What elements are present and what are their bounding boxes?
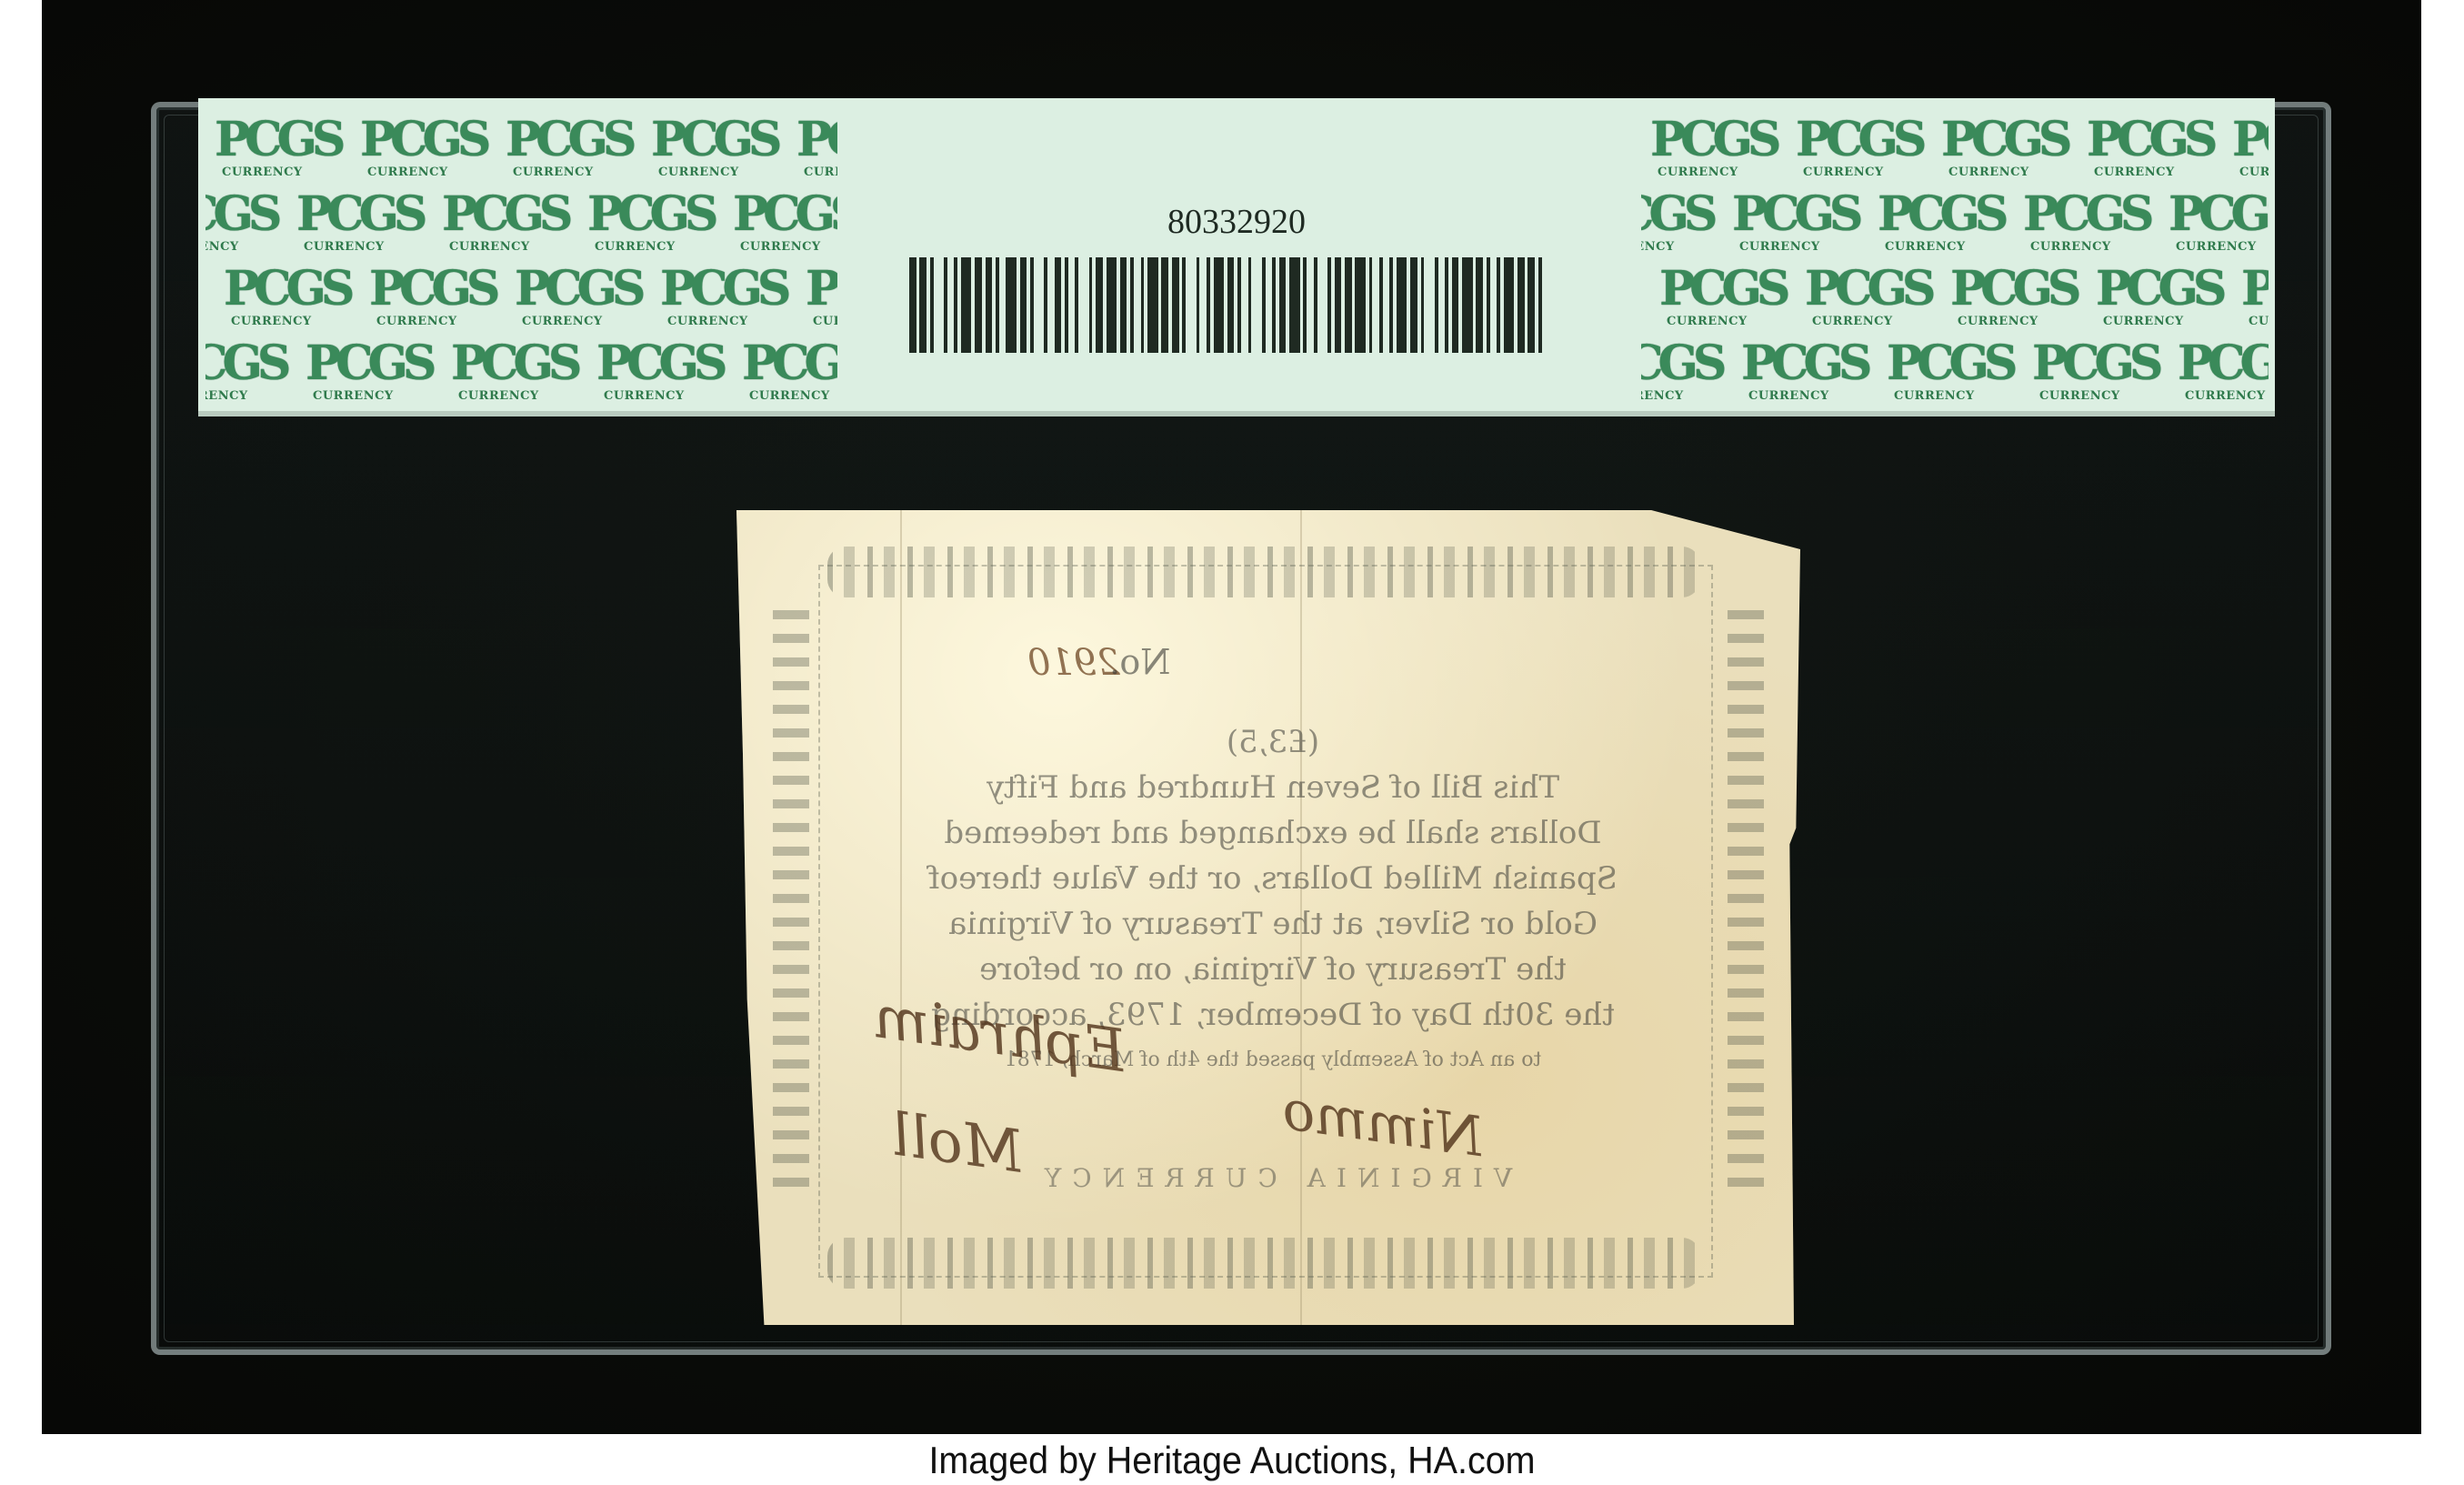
pcgs-logo-row: PCGSCURRENCYPCGSCURRENCYPCGSCURRENCYPCGS… <box>1659 266 2269 329</box>
barcode-bar <box>934 257 944 353</box>
note-bottom-ribbon: VIRGINIA CURRENCY <box>882 1163 1664 1193</box>
pcgs-logo-row: PCGSCURRENCYPCGSCURRENCYPCGSCURRENCYPCGS… <box>1641 340 2269 404</box>
pcgs-logo-row: PCGSCURRENCYPCGSCURRENCYPCGSCURRENCYPCGS… <box>1650 116 2269 180</box>
barcode-bar <box>1527 257 1535 353</box>
barcode-bar <box>1034 257 1044 353</box>
barcode-bar <box>1266 257 1273 353</box>
barcode-bar <box>1490 257 1497 353</box>
barcode-bar <box>961 257 971 353</box>
barcode-bar <box>909 257 916 353</box>
barcode-bar <box>1020 257 1027 353</box>
barcode-bar <box>1504 257 1514 353</box>
pcgs-label: PCGSCURRENCYPCGSCURRENCYPCGSCURRENCYPCGS… <box>198 98 2275 416</box>
pcgs-logo-icon: PCGSCURRENCY <box>660 266 767 327</box>
barcode-bar <box>1120 257 1127 353</box>
pcgs-logo-icon: PCGSCURRENCY <box>2178 340 2269 402</box>
pcgs-logo-icon: PCGSCURRENCY <box>2241 266 2269 327</box>
pcgs-logo-icon: PCGSCURRENCY <box>360 116 467 178</box>
barcode-bar <box>986 257 993 353</box>
pcgs-logo-icon: PCGSCURRENCY <box>796 116 837 178</box>
barcode-bar <box>1307 257 1314 353</box>
barcode-bar <box>1078 257 1088 353</box>
pcgs-logo-icon: PCGSCURRENCY <box>224 266 331 327</box>
barcode-bar <box>1438 257 1446 353</box>
pcgs-logo-icon: PCGSCURRENCY <box>1650 116 1758 178</box>
barcode-bar <box>1452 257 1459 353</box>
note-text-line: the Treasury of Virginia, on or before <box>882 947 1664 992</box>
pcgs-logo-icon: PCGSCURRENCY <box>1950 266 2058 327</box>
pcgs-logo-icon: PCGSCURRENCY <box>2232 116 2269 178</box>
note-text-line: This Bill of Seven Hundred and Fifty <box>882 765 1664 810</box>
barcode-bar <box>1214 257 1224 353</box>
image-credit-caption: Imaged by Heritage Auctions, HA.com <box>74 1435 2389 1485</box>
pcgs-logo-icon: PCGSCURRENCY <box>1796 116 1903 178</box>
barcode-bar <box>1410 257 1417 353</box>
barcode-bar <box>1147 257 1157 353</box>
barcode-bar <box>1186 257 1196 353</box>
barcode-bar <box>1383 257 1390 353</box>
pcgs-logo-icon: PCGSCURRENCY <box>205 340 267 402</box>
barcode <box>909 257 1553 353</box>
pcgs-logo-icon: PCGSCURRENCY <box>506 116 613 178</box>
pcgs-logo-icon: PCGSCURRENCY <box>2023 191 2130 253</box>
barcode-bar <box>1134 257 1141 353</box>
pcgs-logo-pattern-right: PCGSCURRENCYPCGSCURRENCYPCGSCURRENCYPCGS… <box>1641 109 2269 406</box>
barcode-bar <box>1372 257 1379 353</box>
pcgs-logo-icon: PCGSCURRENCY <box>1887 340 1994 402</box>
barcode-bar <box>1068 257 1076 353</box>
pcgs-logo-icon: PCGSCURRENCY <box>515 266 622 327</box>
pcgs-logo-pattern-left: PCGSCURRENCYPCGSCURRENCYPCGSCURRENCYPCGS… <box>205 109 837 406</box>
note-text-line: Spanish Milled Dollars, or the Value the… <box>882 856 1664 901</box>
pcgs-logo-icon: PCGSCURRENCY <box>215 116 322 178</box>
barcode-bar <box>1317 257 1327 353</box>
pcgs-logo-row: PCGSCURRENCYPCGSCURRENCYPCGSCURRENCYPCGS… <box>224 266 837 329</box>
barcode-bar <box>1517 257 1525 353</box>
pcgs-logo-icon: PCGSCURRENCY <box>1805 266 1912 327</box>
pcgs-logo-icon: PCGSCURRENCY <box>1732 191 1839 253</box>
note-text-line: Dollars shall be exchanged and redeemed <box>882 810 1664 856</box>
barcode-bar <box>1107 257 1117 353</box>
barcode-bar <box>1227 257 1235 353</box>
pcgs-logo-icon: PCGSCURRENCY <box>1941 116 2048 178</box>
pcgs-logo-icon: PCGSCURRENCY <box>451 340 558 402</box>
pcgs-logo-icon: PCGSCURRENCY <box>2032 340 2139 402</box>
pcgs-logo-icon: PCGSCURRENCY <box>1641 191 1694 253</box>
barcode-bar <box>1476 257 1483 353</box>
pcgs-logo-icon: PCGSCURRENCY <box>1641 340 1703 402</box>
barcode-bar <box>1335 257 1342 353</box>
barcode-bar <box>1161 257 1168 353</box>
pcgs-logo-row: PCGSCURRENCYPCGSCURRENCYPCGSCURRENCYPCGS… <box>215 116 837 180</box>
pcgs-logo-icon: PCGSCURRENCY <box>596 340 704 402</box>
note-denomination-mark: (£3,5) <box>882 719 1664 765</box>
pcgs-logo-icon: PCGSCURRENCY <box>1659 266 1767 327</box>
note-ornament-border-left <box>773 610 809 1192</box>
pcgs-logo-icon: PCGSCURRENCY <box>2169 191 2269 253</box>
pcgs-logo-icon: PCGSCURRENCY <box>1741 340 1848 402</box>
barcode-bar <box>1279 257 1287 353</box>
barcode-bar <box>1355 257 1365 353</box>
barcode-bar <box>1055 257 1062 353</box>
barcode-bar <box>1289 257 1299 353</box>
barcode-bar <box>1251 257 1261 353</box>
note-number-prefix: No. <box>1109 642 1171 682</box>
pcgs-logo-icon: PCGSCURRENCY <box>2096 266 2203 327</box>
note-handwritten-number: 2910 <box>1027 642 1120 684</box>
barcode-bar <box>919 257 927 353</box>
note-text-line: Gold or Silver, at the Treasury of Virgi… <box>882 901 1664 947</box>
barcode-bar <box>1397 257 1407 353</box>
pcgs-logo-icon: PCGSCURRENCY <box>742 340 837 402</box>
barcode-bar <box>975 257 982 353</box>
pcgs-logo-icon: PCGSCURRENCY <box>651 116 758 178</box>
barcode-bar <box>1199 257 1207 353</box>
barcode-bar <box>1172 257 1179 353</box>
barcode-bar <box>1345 257 1352 353</box>
barcode-bar <box>1542 257 1552 353</box>
barcode-bar <box>1047 257 1055 353</box>
barcode-bar <box>1462 257 1472 353</box>
barcode-bar <box>999 257 1007 353</box>
pcgs-logo-icon: PCGSCURRENCY <box>369 266 476 327</box>
pcgs-logo-icon: PCGSCURRENCY <box>1878 191 1985 253</box>
barcode-bar <box>947 257 955 353</box>
barcode-bar <box>1241 257 1248 353</box>
note-ornament-border-right <box>1728 610 1764 1192</box>
barcode-bar <box>1424 257 1434 353</box>
barcode-bar <box>1096 257 1103 353</box>
pcgs-logo-icon: PCGSCURRENCY <box>806 266 837 327</box>
pcgs-logo-icon: PCGSCURRENCY <box>305 340 413 402</box>
barcode-bar <box>1006 257 1016 353</box>
banknote: 2910 No. (£3,5) This Bill of Seven Hundr… <box>736 510 1800 1325</box>
pcgs-logo-row: PCGSCURRENCYPCGSCURRENCYPCGSCURRENCYPCGS… <box>1641 191 2269 255</box>
pcgs-logo-row: PCGSCURRENCYPCGSCURRENCYPCGSCURRENCYPCGS… <box>205 340 837 404</box>
pcgs-logo-icon: PCGSCURRENCY <box>2087 116 2194 178</box>
